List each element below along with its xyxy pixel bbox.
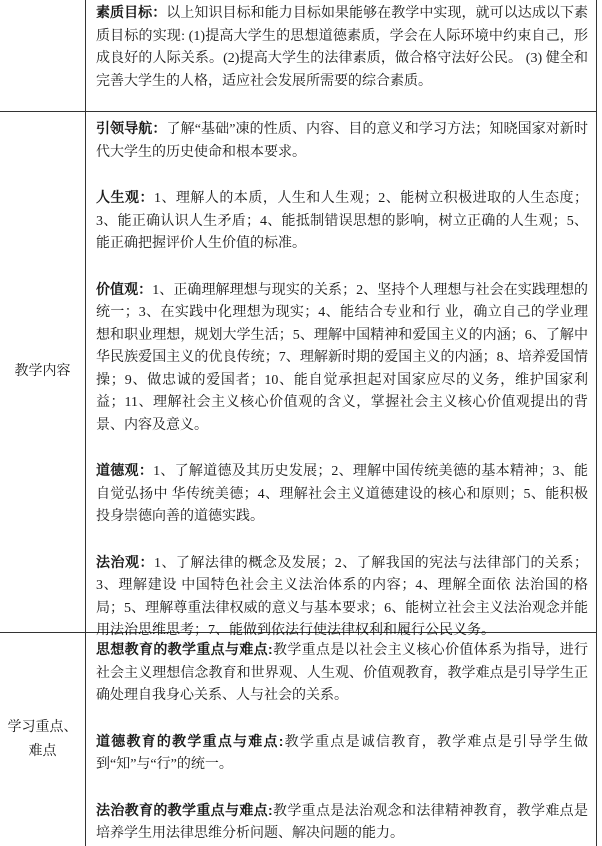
- paragraph-heading: 人生观：: [96, 189, 154, 205]
- row-label-teaching-content: 教学内容: [0, 112, 86, 632]
- paragraph-body: 1、了解法律的概念及发展；2、了解我国的宪法与法律部门的关系；3、理解建设 中国…: [96, 556, 588, 639]
- table-row-quality-objectives: 素质目标：以上知识目标和能力目标如果能够在教学中实现，就可以达成以下素质目标的实…: [0, 0, 597, 112]
- paragraph-heading: 法治观：: [96, 554, 154, 570]
- paragraph-heading: 思想教育的教学重点与难点:: [96, 641, 273, 657]
- document-page: 素质目标：以上知识目标和能力目标如果能够在教学中实现，就可以达成以下素质目标的实…: [0, 0, 602, 846]
- paragraph-values-view: 价值观：1、正确理解理想与现实的关系；2、坚持个人理想与社会在实践理想的统一；3…: [96, 278, 588, 438]
- paragraph-life-view: 人生观：1、理解人的本质，人生和人生观；2、能树立积极进取的人生态度；3、能正确…: [96, 186, 588, 256]
- paragraph-guide: 引领导航：了解“基础”凍的性质、内容、目的意义和学习方法；知晓国家对新时代大学生…: [96, 117, 588, 164]
- paragraph-quality-objectives: 素质目标：以上知识目标和能力目标如果能够在教学中实现，就可以达成以下素质目标的实…: [96, 1, 588, 93]
- row-content-cell: 素质目标：以上知识目标和能力目标如果能够在教学中实现，就可以达成以下素质目标的实…: [86, 0, 597, 111]
- paragraph-body: 了解“基础”凍的性质、内容、目的意义和学习方法；知晓国家对新时代大学生的历史使命…: [96, 122, 588, 160]
- paragraph-heading: 道德观：: [96, 462, 153, 478]
- paragraph-heading: 道德教育的教学重点与难点:: [96, 733, 283, 749]
- paragraph-morality-view: 道德观：1、了解道德及其历史发展；2、理解中国传统美德的基本精神；3、能自觉弘扬…: [96, 459, 588, 529]
- paragraph-moral-education: 道德教育的教学重点与难点:教学重点是诚信教育，教学难点是引导学生做到“知”与“行…: [96, 730, 588, 777]
- row-content-cell: 思想教育的教学重点与难点:教学重点是以社会主义核心价值体系为指导，进行社会主义理…: [86, 633, 597, 846]
- paragraph-heading: 法治教育的教学重点与难点:: [96, 802, 273, 818]
- paragraph-ideological-education: 思想教育的教学重点与难点:教学重点是以社会主义核心价值体系为指导，进行社会主义理…: [96, 638, 588, 708]
- table-row-key-difficult-points: 学习重点、 难点 思想教育的教学重点与难点:教学重点是以社会主义核心价值体系为指…: [0, 633, 597, 846]
- row-label-key-difficult-points: 学习重点、 难点: [0, 633, 86, 846]
- paragraph-body: 1、理解人的本质，人生和人生观；2、能树立积极进取的人生态度；3、能正确认识人生…: [96, 191, 588, 251]
- paragraph-rule-of-law-view: 法治观：1、了解法律的概念及发展；2、了解我国的宪法与法律部门的关系；3、理解建…: [96, 551, 588, 643]
- paragraph-heading: 素质目标：: [96, 4, 166, 20]
- syllabus-table: 素质目标：以上知识目标和能力目标如果能够在教学中实现，就可以达成以下素质目标的实…: [0, 0, 597, 846]
- row-label-cell-empty: [0, 0, 86, 111]
- paragraph-body: 1、了解道德及其历史发展；2、理解中国传统美德的基本精神；3、能自觉弘扬中 华传…: [96, 464, 588, 524]
- row-content-cell: 引领导航：了解“基础”凍的性质、内容、目的意义和学习方法；知晓国家对新时代大学生…: [86, 112, 597, 632]
- paragraph-body: 1、正确理解理想与现实的关系；2、坚持个人理想与社会在实践理想的统一；3、在实践…: [96, 283, 588, 433]
- paragraph-body: 以上知识目标和能力目标如果能够在教学中实现，就可以达成以下素质目标的实现: (1…: [96, 6, 588, 89]
- paragraph-heading: 价值观：: [96, 281, 152, 297]
- table-row-teaching-content: 教学内容 引领导航：了解“基础”凍的性质、内容、目的意义和学习方法；知晓国家对新…: [0, 112, 597, 633]
- paragraph-heading: 引领导航：: [96, 120, 167, 136]
- paragraph-law-education: 法治教育的教学重点与难点:教学重点是法治观念和法律精神教育，教学难点是培养学生用…: [96, 799, 588, 846]
